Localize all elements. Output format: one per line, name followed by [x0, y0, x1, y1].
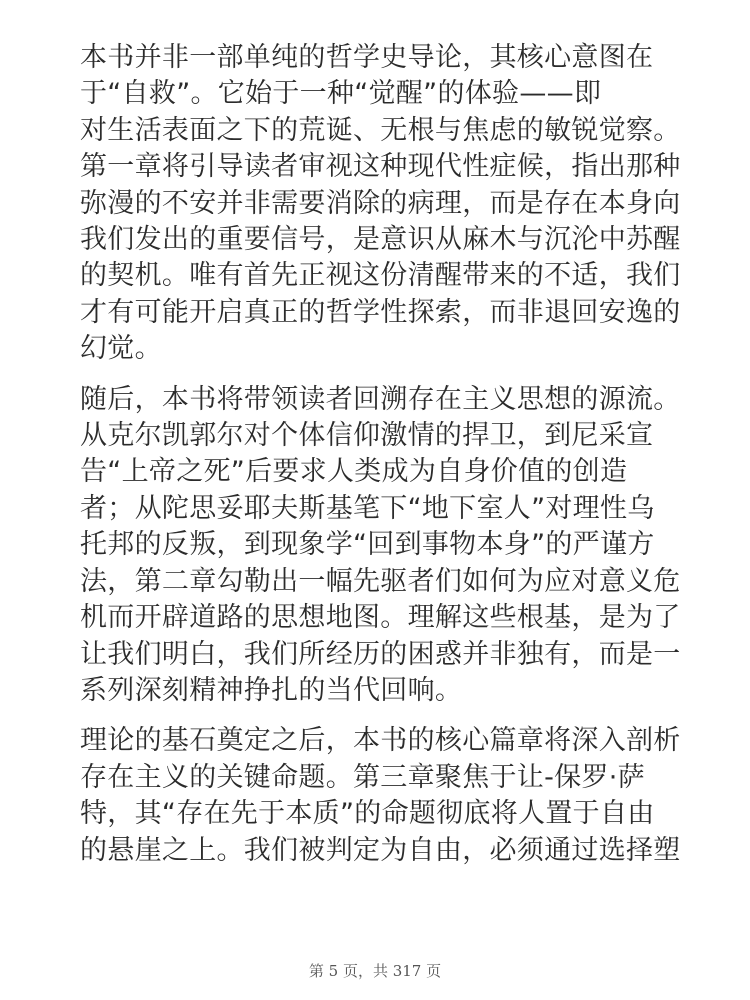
text-line: 才有可能开启真正的哲学性探索，而非退回安逸的: [80, 295, 680, 331]
paragraph-2: 随后，本书将带领读者回溯存在主义思想的源流。 从克尔凯郭尔对个体信仰激情的捍卫，…: [80, 382, 680, 710]
text-line: 存在主义的关键命题。第三章聚焦于让-保罗·萨: [80, 760, 680, 796]
text-line: 法，第二章勾勒出一幅先驱者们如何为应对意义危: [80, 564, 680, 600]
paragraph-1: 本书并非一部单纯的哲学史导论，其核心意图在 于“自救”。它始于一种“觉醒”的体验…: [80, 40, 680, 368]
text-line: 本书并非一部单纯的哲学史导论，其核心意图在: [80, 40, 680, 76]
text-line: 特，其“存在先于本质”的命题彻底将人置于自由: [80, 796, 680, 832]
text-line: 第一章将引导读者审视这种现代性症候，指出那种: [80, 149, 680, 185]
text-line: 机而开辟道路的思想地图。理解这些根基，是为了: [80, 600, 680, 636]
page-indicator: 第 5 页，共 317 页: [0, 960, 750, 981]
text-line: 告“上帝之死”后要求人类成为自身价值的创造: [80, 454, 680, 490]
document-body: 本书并非一部单纯的哲学史导论，其核心意图在 于“自救”。它始于一种“觉醒”的体验…: [80, 40, 680, 883]
text-line: 系列深刻精神挣扎的当代回响。: [80, 673, 680, 709]
text-line: 者；从陀思妥耶夫斯基笔下“地下室人”对理性乌: [80, 491, 680, 527]
text-line: 于“自救”。它始于一种“觉醒”的体验——即: [80, 76, 680, 112]
text-line: 弥漫的不安并非需要消除的病理，而是存在本身向: [80, 186, 680, 222]
text-line: 幻觉。: [80, 331, 680, 367]
text-line: 托邦的反叛，到现象学“回到事物本身”的严谨方: [80, 527, 680, 563]
text-line: 的契机。唯有首先正视这份清醒带来的不适，我们: [80, 258, 680, 294]
text-line: 的悬崖之上。我们被判定为自由，必须通过选择塑: [80, 833, 680, 869]
paragraph-3: 理论的基石奠定之后，本书的核心篇章将深入剖析 存在主义的关键命题。第三章聚焦于让…: [80, 723, 680, 869]
text-line: 让我们明白，我们所经历的困惑并非独有，而是一: [80, 637, 680, 673]
document-page: 本书并非一部单纯的哲学史导论，其核心意图在 于“自救”。它始于一种“觉醒”的体验…: [0, 0, 750, 1000]
text-line: 我们发出的重要信号，是意识从麻木与沉沦中苏醒: [80, 222, 680, 258]
text-line: 随后，本书将带领读者回溯存在主义思想的源流。: [80, 382, 680, 418]
text-line: 从克尔凯郭尔对个体信仰激情的捍卫，到尼采宣: [80, 418, 680, 454]
text-line: 理论的基石奠定之后，本书的核心篇章将深入剖析: [80, 723, 680, 759]
text-line: 对生活表面之下的荒诞、无根与焦虑的敏锐觉察。: [80, 113, 680, 149]
